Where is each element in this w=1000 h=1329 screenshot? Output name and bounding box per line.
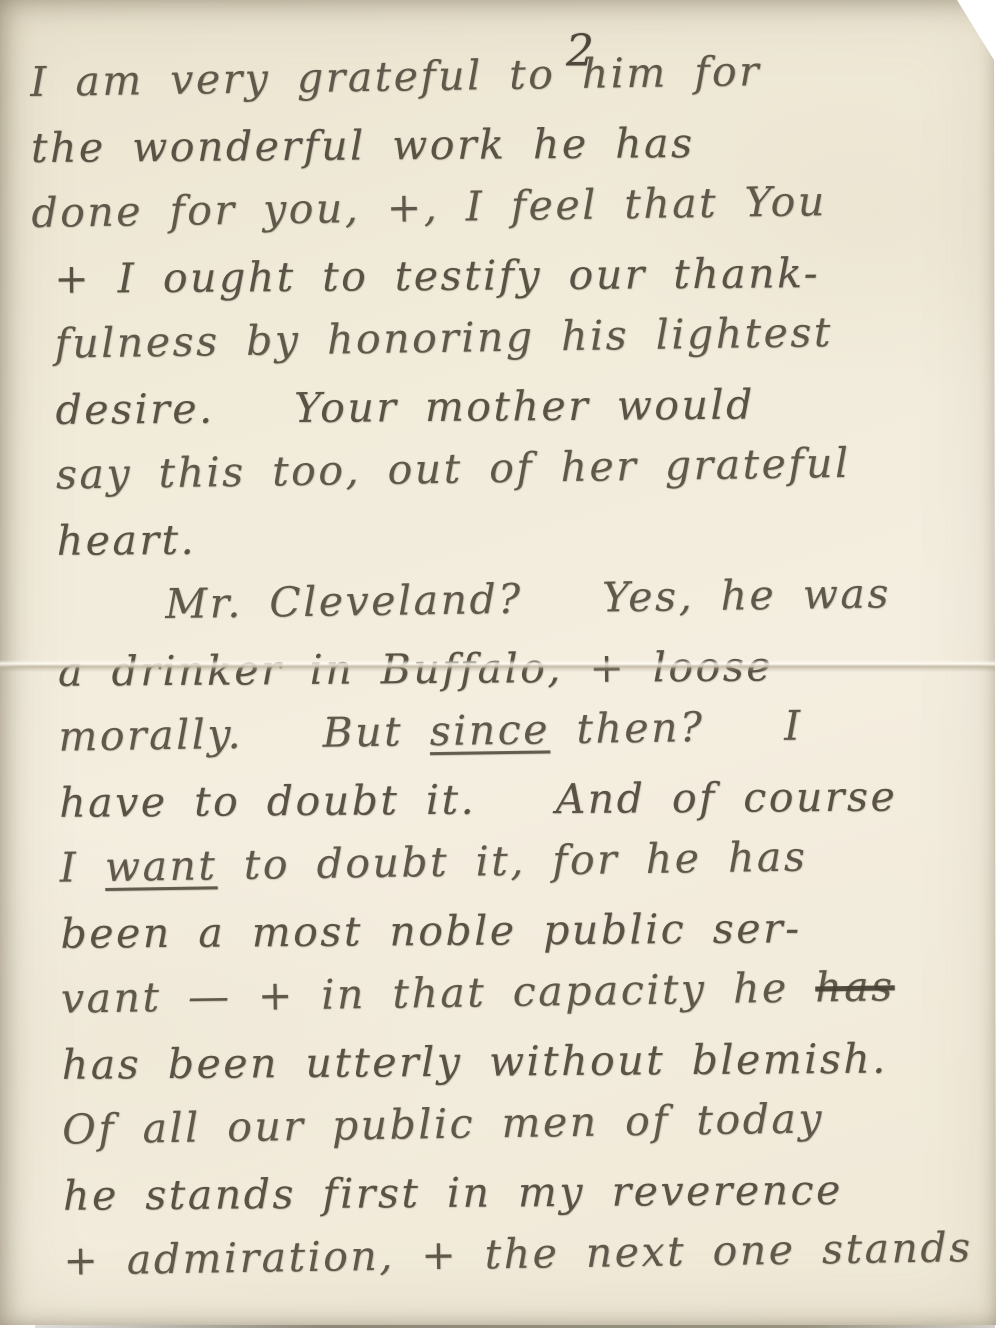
- handwritten-line: I am very grateful to him for: [30, 36, 983, 116]
- line-segment: vant — + in that capacity he: [61, 963, 816, 1022]
- fold-crease: [0, 660, 996, 672]
- line-segment: morally. But: [58, 707, 430, 761]
- handwritten-line: morally. But since then? I: [36, 691, 989, 771]
- line-segment: to doubt it, for he has: [217, 833, 808, 890]
- handwritten-line: vant — + in that capacity he has: [38, 953, 991, 1033]
- letter-page: 2 I am very grateful to him for the wond…: [0, 0, 996, 1325]
- handwritten-line: Of all our public men of today: [40, 1084, 993, 1164]
- letter-scan: 2 I am very grateful to him for the wond…: [0, 0, 1000, 1329]
- line-segment: I: [59, 843, 105, 892]
- handwritten-line: I want to doubt it, for he has: [37, 822, 990, 902]
- handwritten-line: fulness by honoring his lightest: [32, 298, 985, 378]
- handwritten-line: say this too, out of her grateful: [33, 429, 986, 509]
- underlined-word: want: [105, 841, 218, 891]
- adjacent-page-edge: [35, 1325, 995, 1328]
- handwritten-line: done for you, +, I feel that You: [31, 167, 984, 247]
- handwritten-line: + admiration, + the next one stands: [41, 1215, 994, 1295]
- struck-out-word: has: [815, 962, 895, 1011]
- underlined-word: since: [429, 705, 550, 755]
- line-segment: then? I: [550, 702, 804, 754]
- handwritten-line: Mr. Cleveland? Yes, he was: [35, 560, 988, 640]
